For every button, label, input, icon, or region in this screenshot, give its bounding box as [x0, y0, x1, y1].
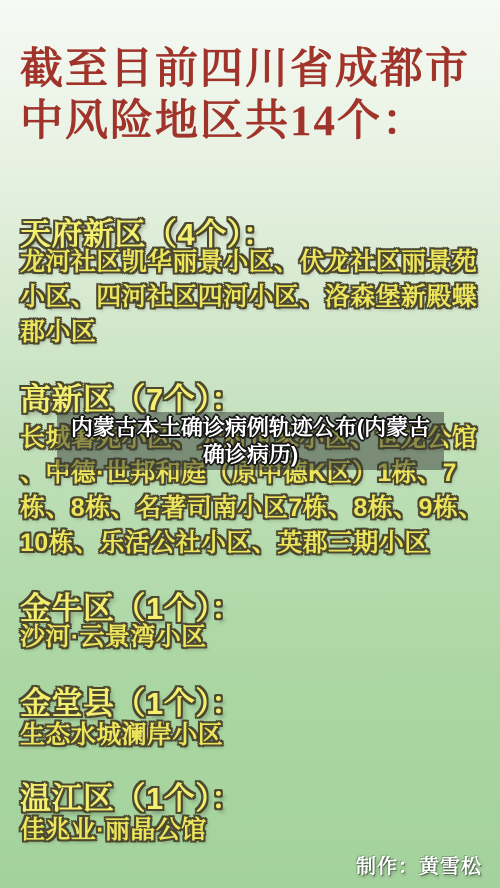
- section-header-jintang: 金堂县（1个）：: [20, 678, 243, 723]
- title-line-2: 中风险地区共14个：: [20, 96, 492, 148]
- body-line: 沙河·云景湾小区: [20, 620, 207, 655]
- body-line: 龙河社区凯华丽景小区、伏龙社区丽景苑: [20, 245, 477, 280]
- body-line: 10栋、乐活公社小区、英郡三期小区: [20, 526, 484, 561]
- section-body-tianfu: 龙河社区凯华丽景小区、伏龙社区丽景苑 小区、四河社区四河小区、洛森堡新殿蝶 郡小…: [20, 245, 477, 350]
- section-body-jintang: 生态水城澜岸小区: [20, 718, 223, 753]
- body-line: 生态水城澜岸小区: [20, 718, 223, 753]
- section-body-wenjiang: 佳兆业·丽晶公馆: [20, 813, 207, 848]
- body-line: 小区、四河社区四河小区、洛森堡新殿蝶: [20, 280, 477, 315]
- watermark-overlay: 内蒙古本土确诊病例轨迹公布(内蒙古 确诊病历): [57, 412, 444, 470]
- credit-text: 制作：黄雪松: [356, 850, 482, 879]
- poster-title: 截至目前四川省成都市 中风险地区共14个：: [20, 44, 492, 148]
- body-line: 佳兆业·丽晶公馆: [20, 813, 207, 848]
- section-body-jinniu: 沙河·云景湾小区: [20, 620, 207, 655]
- title-line-1: 截至目前四川省成都市: [20, 44, 492, 96]
- body-line: 郡小区: [20, 315, 477, 350]
- watermark-text-line-1: 内蒙古本土确诊病例轨迹公布(内蒙古: [71, 414, 430, 441]
- body-line: 栋、8栋、名著司南小区7栋、8栋、9栋、: [20, 491, 484, 526]
- watermark-text-line-2: 确诊病历): [203, 441, 298, 468]
- poster-canvas: 截至目前四川省成都市 中风险地区共14个： 天府新区（4个）： 龙河社区凯华丽景…: [0, 0, 500, 888]
- section-header-wenjiang: 温江区（1个）：: [20, 773, 243, 818]
